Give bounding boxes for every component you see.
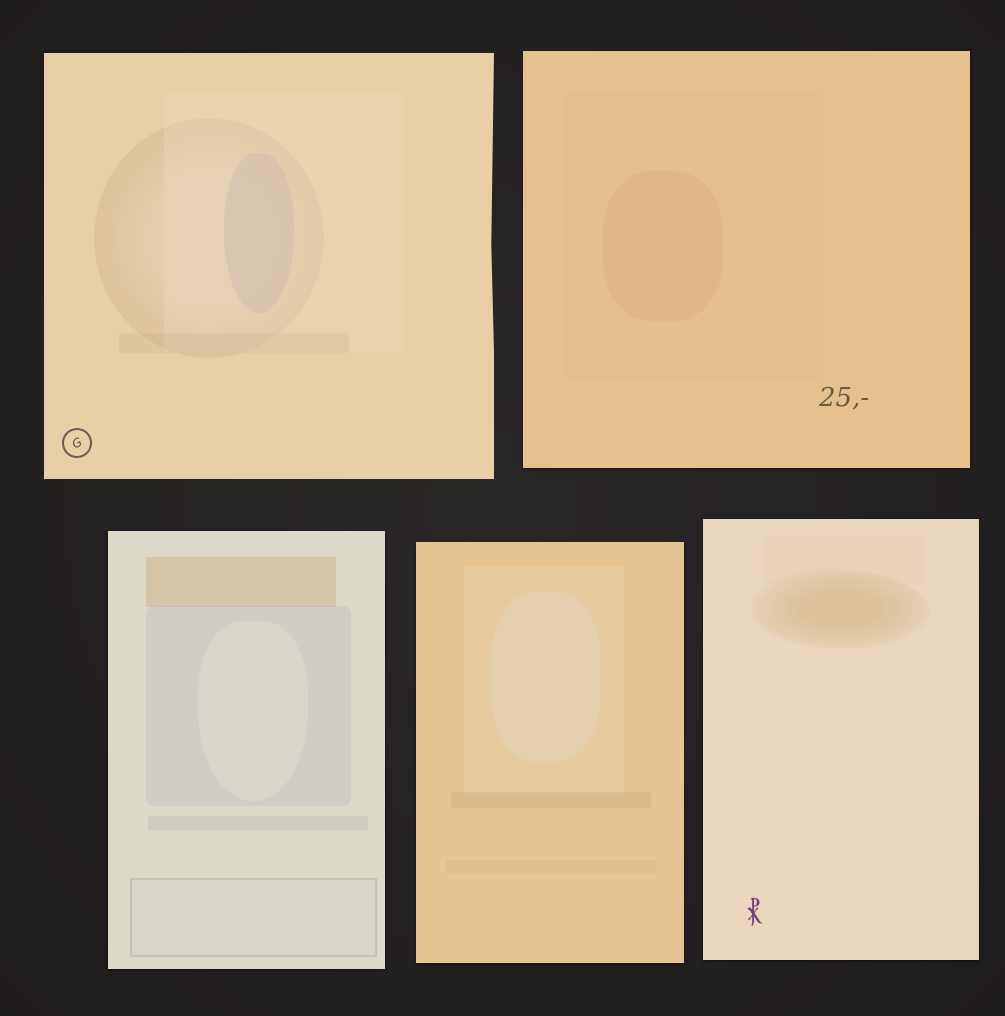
show-through-portrait [603, 171, 723, 321]
show-through-portrait [224, 153, 294, 313]
stamp-top-right: 25,- [523, 51, 970, 468]
show-through-band [119, 333, 349, 353]
show-through-portrait [491, 592, 601, 762]
show-through-value-panel [130, 878, 377, 957]
stamp-bottom-left [108, 531, 385, 969]
show-through-portrait [198, 621, 308, 801]
stamp-bottom-middle [416, 542, 684, 963]
show-through-header [146, 557, 336, 607]
cross-mark-icon: ⳩ [747, 894, 760, 928]
expertizer-mark-icon: G [57, 423, 97, 463]
stamp-top-left: G [44, 53, 494, 479]
pencil-price-note: 25,- [819, 383, 869, 413]
stamp-bottom-right: ⳩ [703, 519, 979, 960]
show-through-band [446, 860, 656, 874]
show-through-bar [451, 792, 651, 808]
show-through-bar [148, 816, 368, 830]
